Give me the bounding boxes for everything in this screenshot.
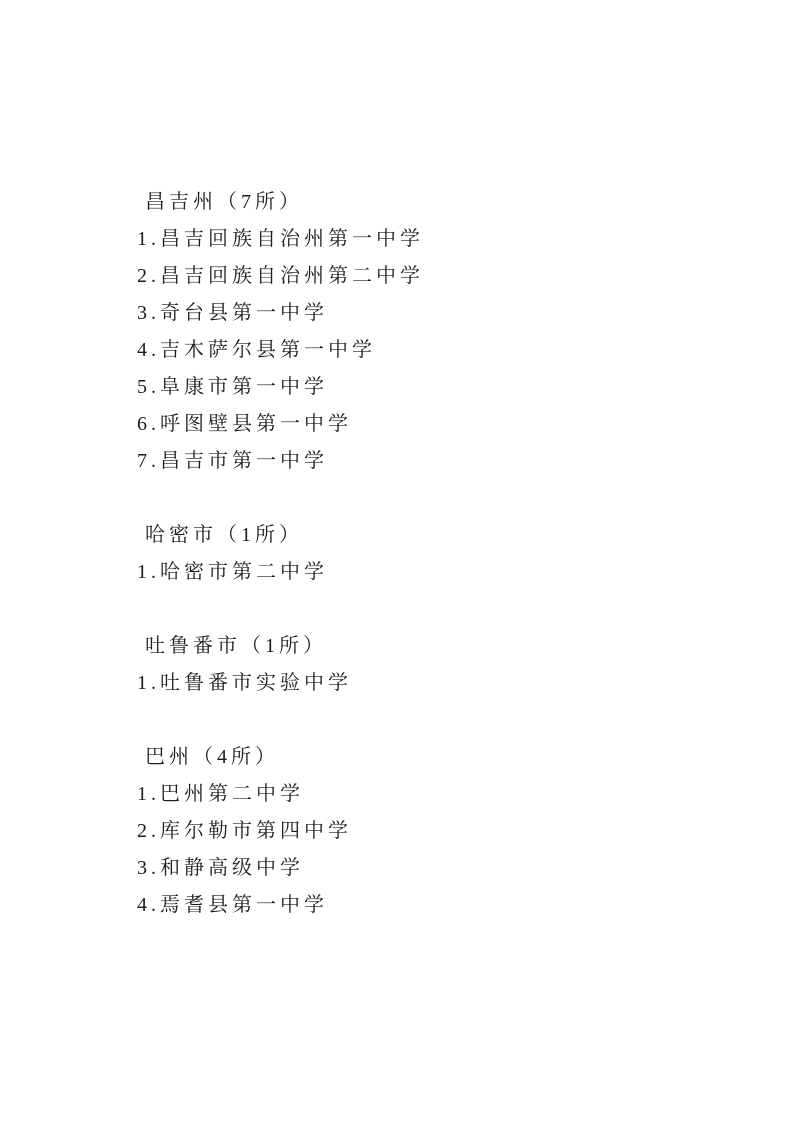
school-list-item: 1.哈密市第二中学 <box>137 554 733 591</box>
school-list-item: 4.焉耆县第一中学 <box>137 887 733 924</box>
school-list-item: 1.吐鲁番市实验中学 <box>137 665 733 702</box>
school-list-item: 2.库尔勒市第四中学 <box>137 813 733 850</box>
section-heading: 吐鲁番市（1所） <box>137 628 733 665</box>
school-list-item: 3.和静高级中学 <box>137 850 733 887</box>
section-hami: 哈密市（1所） 1.哈密市第二中学 <box>137 517 733 591</box>
document-page: 昌吉州（7所） 1.昌吉回族自治州第一中学 2.昌吉回族自治州第二中学 3.奇台… <box>0 0 793 1122</box>
section-changji: 昌吉州（7所） 1.昌吉回族自治州第一中学 2.昌吉回族自治州第二中学 3.奇台… <box>137 184 733 480</box>
school-list-item: 5.阜康市第一中学 <box>137 369 733 406</box>
section-turpan: 吐鲁番市（1所） 1.吐鲁番市实验中学 <box>137 628 733 702</box>
section-heading: 巴州（4所） <box>137 739 733 776</box>
section-heading: 哈密市（1所） <box>137 517 733 554</box>
school-list-item: 1.巴州第二中学 <box>137 776 733 813</box>
document-body: 昌吉州（7所） 1.昌吉回族自治州第一中学 2.昌吉回族自治州第二中学 3.奇台… <box>137 184 733 924</box>
section-bazhou: 巴州（4所） 1.巴州第二中学 2.库尔勒市第四中学 3.和静高级中学 4.焉耆… <box>137 739 733 924</box>
section-heading: 昌吉州（7所） <box>137 184 733 221</box>
school-list-item: 1.昌吉回族自治州第一中学 <box>137 221 733 258</box>
school-list-item: 7.昌吉市第一中学 <box>137 443 733 480</box>
school-list-item: 2.昌吉回族自治州第二中学 <box>137 258 733 295</box>
school-list-item: 4.吉木萨尔县第一中学 <box>137 332 733 369</box>
school-list-item: 6.呼图壁县第一中学 <box>137 406 733 443</box>
school-list-item: 3.奇台县第一中学 <box>137 295 733 332</box>
